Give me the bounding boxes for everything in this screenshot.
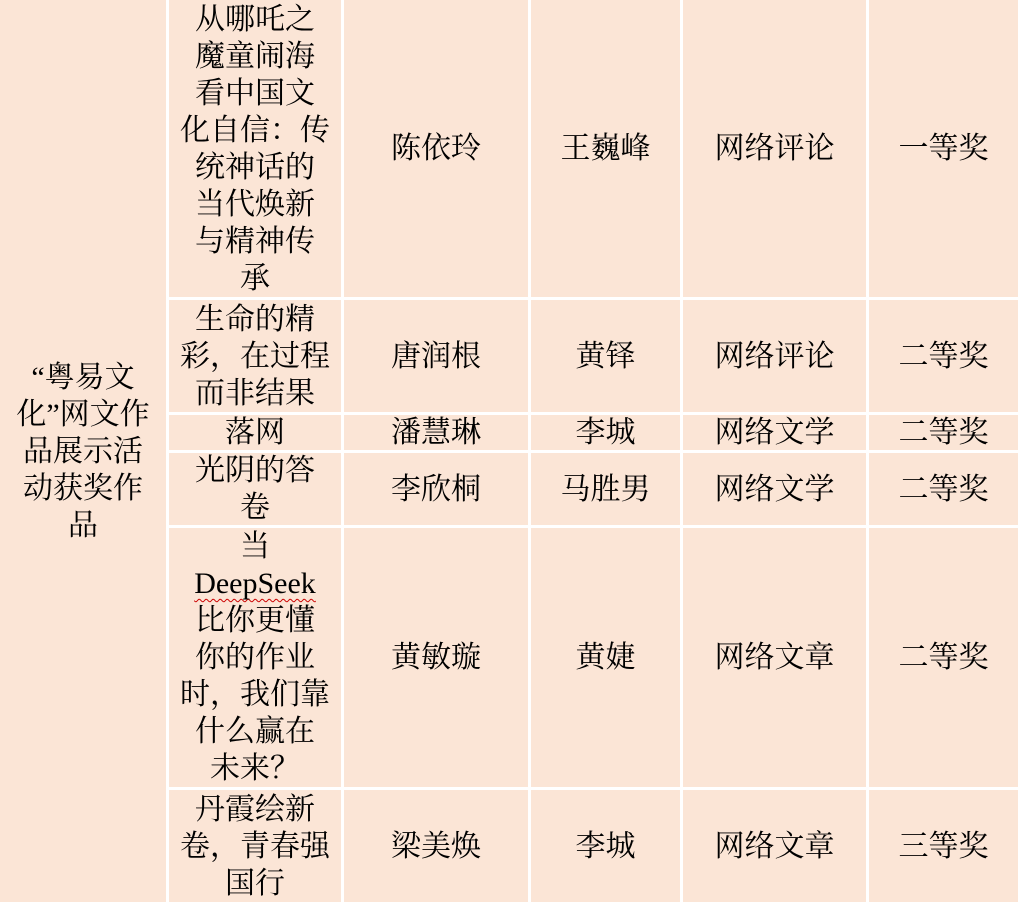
work-title-cell: 从哪吒之 魔童闹海 看中国文 化自信：传 统神话的 当代焕新 与精神传 承 — [169, 0, 341, 297]
award-cell: 二等奖 — [869, 300, 1018, 412]
work-title-cell: 生命的精 彩，在过程 而非结果 — [169, 300, 341, 412]
spellcheck-underlined-word: DeepSeek — [194, 567, 316, 600]
author-cell: 黄敏璇 — [344, 528, 528, 787]
title-part-before: 当 — [240, 530, 270, 563]
title-part-after: 比你更懂 你的作业 时，我们靠 什么赢在 未来？ — [180, 604, 330, 785]
category-cell: 网络文学 — [683, 453, 866, 525]
award-cell: 二等奖 — [869, 453, 1018, 525]
advisor-cell: 马胜男 — [531, 453, 680, 525]
document-page: “粤易文 化”网文作 品展示活 动获奖作 品 从哪吒之 魔童闹海 看中国文 化自… — [0, 0, 1018, 902]
work-title-cell: 当 DeepSeek 比你更懂 你的作业 时，我们靠 什么赢在 未来？ — [169, 528, 341, 787]
advisor-cell: 王巍峰 — [531, 0, 680, 297]
award-cell: 二等奖 — [869, 528, 1018, 787]
advisor-cell: 黄铎 — [531, 300, 680, 412]
category-cell: 网络文学 — [683, 415, 866, 450]
award-cell: 二等奖 — [869, 415, 1018, 450]
advisor-cell: 黄婕 — [531, 528, 680, 787]
author-cell: 陈依玲 — [344, 0, 528, 297]
work-title-cell: 光阴的答 卷 — [169, 453, 341, 525]
awards-table: “粤易文 化”网文作 品展示活 动获奖作 品 从哪吒之 魔童闹海 看中国文 化自… — [0, 0, 1018, 902]
work-title-cell: 落网 — [169, 415, 341, 450]
work-title-cell: 丹霞绘新 卷，青春强 国行 — [169, 790, 341, 902]
category-cell: 网络评论 — [683, 300, 866, 412]
category-cell: 网络文章 — [683, 790, 866, 902]
category-cell: 网络评论 — [683, 0, 866, 297]
advisor-cell: 李城 — [531, 415, 680, 450]
advisor-cell: 李城 — [531, 790, 680, 902]
award-cell: 三等奖 — [869, 790, 1018, 902]
author-cell: 潘慧琳 — [344, 415, 528, 450]
award-cell: 一等奖 — [869, 0, 1018, 297]
author-cell: 唐润根 — [344, 300, 528, 412]
author-cell: 梁美焕 — [344, 790, 528, 902]
author-cell: 李欣桐 — [344, 453, 528, 525]
work-title-text: 当 DeepSeek 比你更懂 你的作业 时，我们靠 什么赢在 未来？ — [180, 528, 330, 787]
group-label-cell: “粤易文 化”网文作 品展示活 动获奖作 品 — [0, 0, 166, 902]
category-cell: 网络文章 — [683, 528, 866, 787]
